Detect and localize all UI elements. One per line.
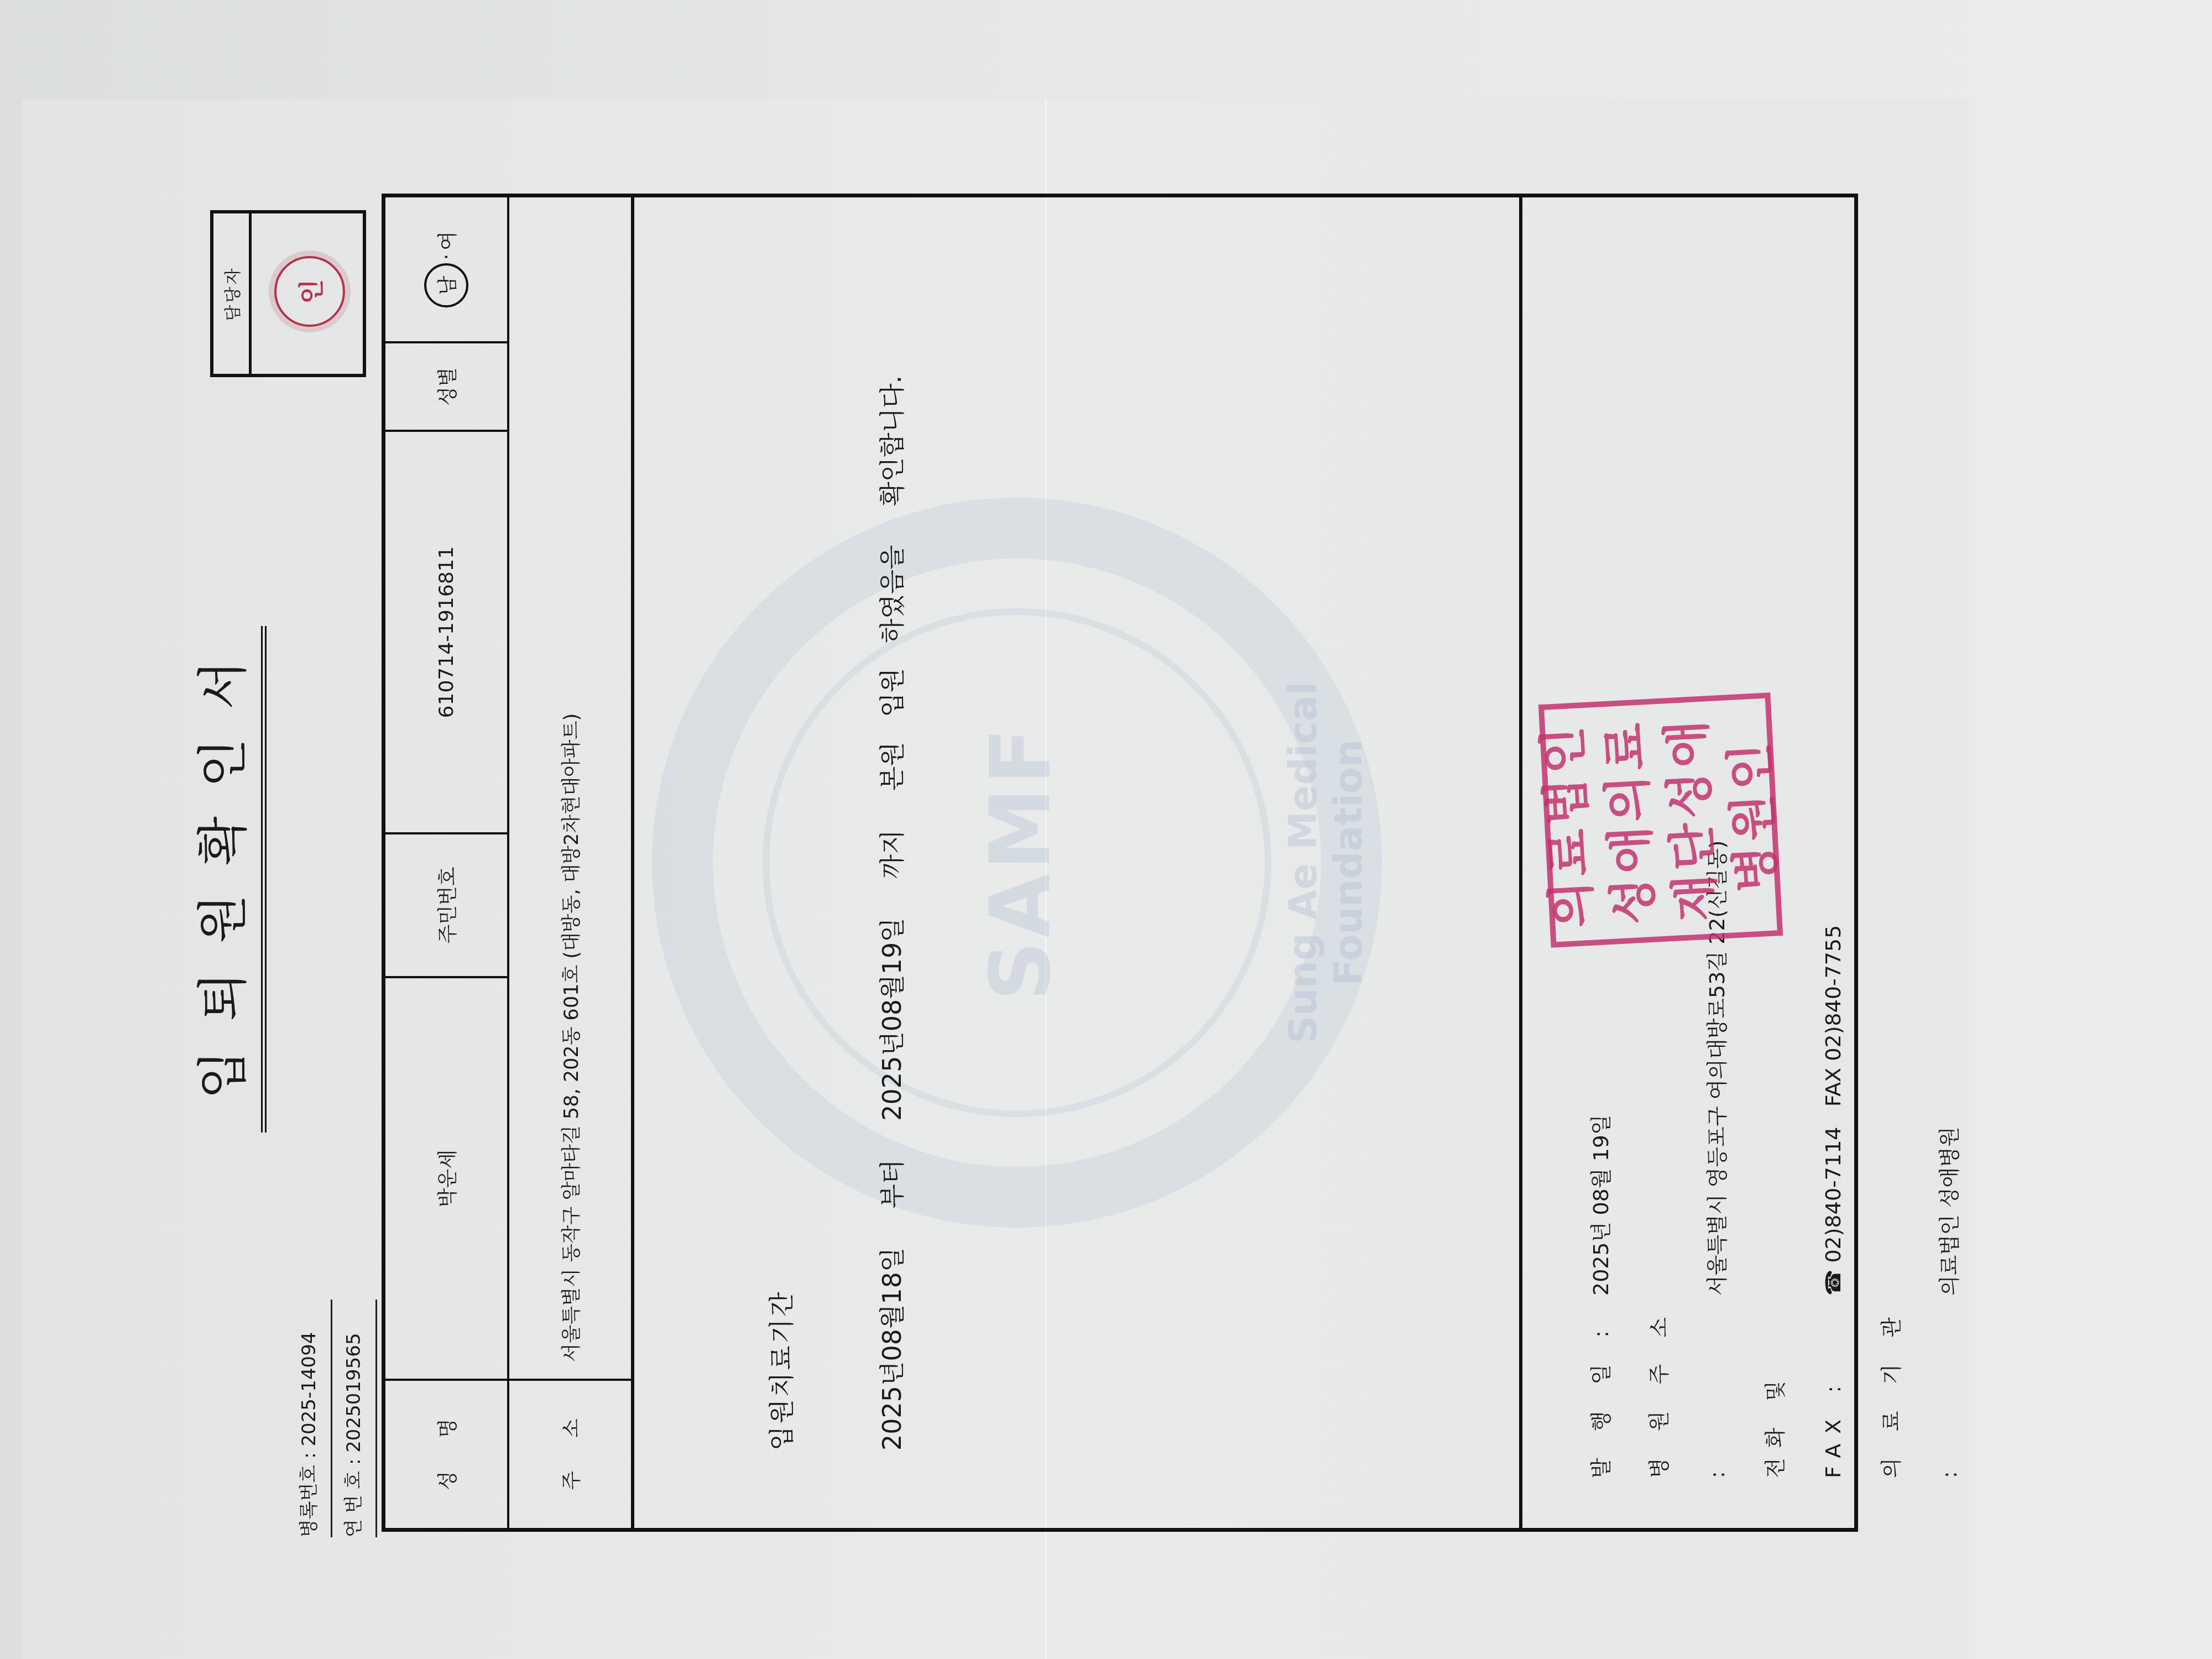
approver-seal-area: 인	[252, 213, 363, 374]
page-title: 입퇴원확인서	[182, 100, 267, 1659]
patient-address: 서울특별시 동작구 알마타길 58, 202동 601호 (대방동, 대방2차현…	[507, 197, 631, 1379]
certificate-paper: 담당자 인 입퇴원확인서 병록번호 : 2025-14094 연 번 호 : 2…	[22, 100, 1969, 1659]
chart-number: 병록번호 : 2025-14094	[288, 1300, 332, 1537]
patient-info-table: 성명 박운세 주민번호 610714-1916811 성별 남·여 주소 서울특…	[385, 197, 634, 1528]
sex-label: 성별	[385, 341, 507, 430]
certificate-frame: 성명 박운세 주민번호 610714-1916811 성별 남·여 주소 서울특…	[382, 194, 1858, 1532]
issuer-footer: 발 행 일 :2025년 08월 19일 병 원 주 소 :서울특별시 영등포구…	[1519, 197, 1854, 1528]
rrn-label: 주민번호	[385, 832, 507, 976]
hospital-seal-icon: 의료법인성애의료재단성애병원인	[1538, 692, 1783, 947]
sex-option-female: 여	[432, 231, 461, 251]
phone-icon: ☎ 02)840-7114	[1821, 1126, 1845, 1296]
serial-number: 연 번 호 : 2025019565	[332, 1300, 377, 1537]
period-label: 입원치료기간	[761, 1290, 798, 1451]
address-label: 주소	[507, 1379, 631, 1528]
approver-seal-icon: 인	[274, 256, 345, 327]
sex-option-male-circled: 남	[424, 263, 468, 307]
registration-numbers: 병록번호 : 2025-14094 연 번 호 : 2025019565	[288, 1300, 377, 1537]
institution-line: 의 료 기 관 :의료법인 성애병원	[1863, 841, 1979, 1478]
patient-name: 박운세	[385, 976, 507, 1379]
certificate-body: SAMF Sung Ae Medical Foundation 입원치료기간 2…	[629, 197, 1511, 1528]
name-label: 성명	[385, 1379, 507, 1528]
admission-statement: 2025년08월18일부터2025년08월19일까지본원 입원 하였음을확인합니…	[872, 337, 909, 1451]
patient-rrn: 610714-1916811	[385, 430, 507, 832]
foundation-watermark-icon: SAMF Sung Ae Medical Foundation	[652, 498, 1382, 1228]
sex-field: 남·여	[385, 197, 507, 341]
